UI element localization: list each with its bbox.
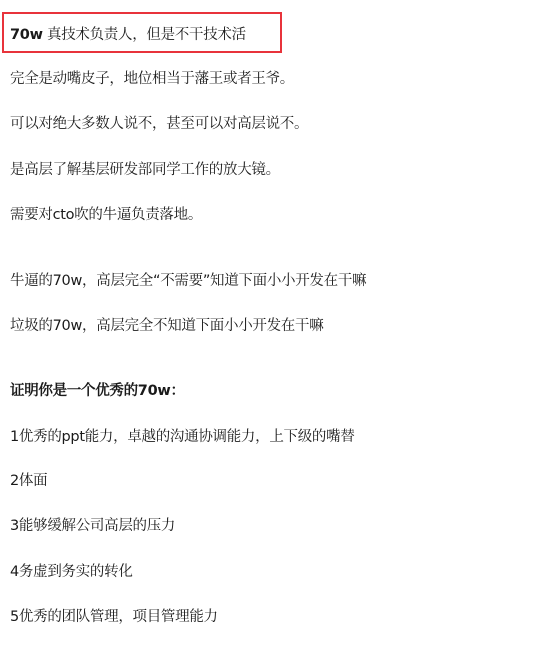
list-item: 4务虚到务实的转化: [10, 562, 133, 582]
paragraph: 垃圾的70w，高层完全不知道下面小小开发在干嘛: [10, 316, 323, 336]
title-line: 70w 真技术负责人，但是不干技术活: [10, 25, 246, 45]
paragraph: 完全是动嘴皮子，地位相当于藩王或者王爷。: [10, 69, 294, 89]
section-heading: 证明你是一个优秀的70w：: [10, 381, 185, 401]
list-item: 1优秀的ppt能力，卓越的沟通协调能力，上下级的嘴替: [10, 427, 355, 447]
title-prefix: 70w: [10, 27, 43, 43]
paragraph: 是高层了解基层研发部同学工作的放大镜。: [10, 160, 280, 180]
list-item: 3能够缓解公司高层的压力: [10, 516, 175, 536]
title-text: 真技术负责人，但是不干技术活: [43, 27, 246, 43]
paragraph: 牛逼的70w，高层完全“不需要”知道下面小小开发在干嘛: [10, 271, 366, 291]
list-item: 2体面: [10, 471, 47, 491]
list-item: 5优秀的团队管理，项目管理能力: [10, 607, 218, 627]
paragraph: 可以对绝大多数人说不，甚至可以对高层说不。: [10, 114, 308, 134]
paragraph: 需要对cto吹的牛逼负责落地。: [10, 205, 202, 225]
